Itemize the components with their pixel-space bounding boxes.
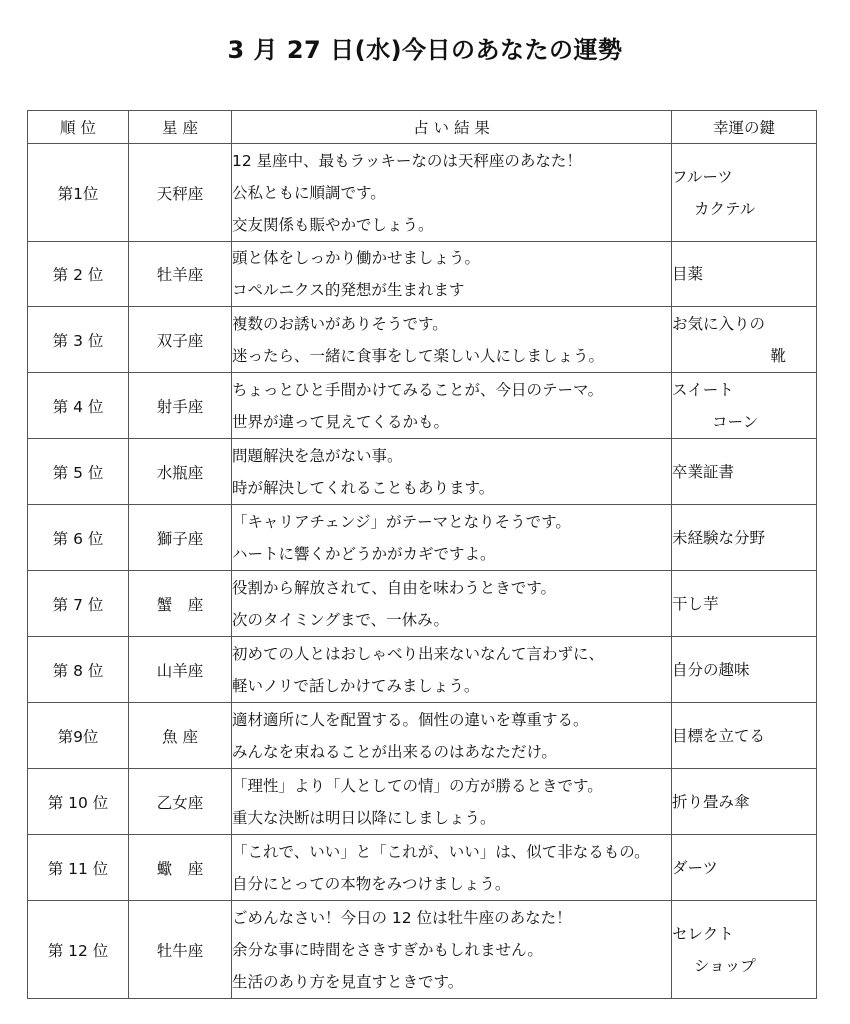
sign-cell: 水瓶座: [129, 439, 232, 505]
lucky-key-line: セレクト: [672, 918, 816, 950]
sign-cell: 蠍 座: [129, 835, 232, 901]
result-cell: 「キャリアチェンジ」がテーマとなりそうです。 ハートに響くかどうかがカギですよ。: [232, 505, 672, 571]
rank-cell: 第 4 位: [28, 373, 129, 439]
lucky-key-cell: 折り畳み傘: [672, 769, 817, 835]
result-cell: 「理性」より「人としての情」の方が勝るときです。 重大な決断は明日以降にしましょ…: [232, 769, 672, 835]
result-cell: 適材適所に人を配置する。個性の違いを尊重する。 みんなを束ねることが出来るのはあ…: [232, 703, 672, 769]
lucky-key-line: 卒業証書: [672, 456, 816, 488]
rank-cell: 第 8 位: [28, 637, 129, 703]
result-line: 「これで、いい」と「これが、いい」は、似て非なるもの。: [232, 836, 671, 868]
result-cell: 複数のお誘いがありそうです。 迷ったら、一緒に食事をして楽しい人にしましょう。: [232, 307, 672, 373]
table-row: 第 5 位 水瓶座 問題解決を急がない事。 時が解決してくれることもあります。 …: [28, 439, 817, 505]
table-row: 第 3 位 双子座 複数のお誘いがありそうです。 迷ったら、一緒に食事をして楽し…: [28, 307, 817, 373]
lucky-key-cell: 目薬: [672, 242, 817, 307]
result-line: ちょっとひと手間かけてみることが、今日のテーマ。: [232, 374, 671, 406]
result-cell: ちょっとひと手間かけてみることが、今日のテーマ。 世界が違って見えてくるかも。: [232, 373, 672, 439]
lucky-key-line: ダーツ: [672, 852, 816, 884]
lucky-key-line: スイート: [672, 374, 816, 406]
header-lucky-key: 幸運の鍵: [672, 111, 817, 144]
table-row: 第 10 位 乙女座 「理性」より「人としての情」の方が勝るときです。 重大な決…: [28, 769, 817, 835]
rank-cell: 第1位: [28, 144, 129, 242]
result-cell: 頭と体をしっかり働かせましょう。 コペルニクス的発想が生まれます: [232, 242, 672, 307]
result-line: 迷ったら、一緒に食事をして楽しい人にしましょう。: [232, 340, 671, 372]
lucky-key-line: 折り畳み傘: [672, 786, 816, 818]
rank-cell: 第 10 位: [28, 769, 129, 835]
table-row: 第 4 位 射手座 ちょっとひと手間かけてみることが、今日のテーマ。 世界が違っ…: [28, 373, 817, 439]
page-title: 3 月 27 日(水)今日のあなたの運勢: [0, 30, 850, 65]
rank-cell: 第9位: [28, 703, 129, 769]
sign-cell: 双子座: [129, 307, 232, 373]
result-line: 問題解決を急がない事。: [232, 440, 671, 472]
lucky-key-line: 靴: [672, 340, 816, 372]
result-line: 12 星座中、最もラッキーなのは天秤座のあなた！: [232, 145, 671, 177]
lucky-key-cell: 干し芋: [672, 571, 817, 637]
sign-cell: 蟹 座: [129, 571, 232, 637]
lucky-key-cell: フルーツ カクテル: [672, 144, 817, 242]
result-line: 生活のあり方を見直すときです。: [232, 966, 671, 998]
lucky-key-line: 目標を立てる: [672, 720, 816, 752]
result-line: 時が解決してくれることもあります。: [232, 472, 671, 504]
lucky-key-cell: ダーツ: [672, 835, 817, 901]
result-line: 公私ともに順調です。: [232, 177, 671, 209]
table-row: 第 8 位 山羊座 初めての人とはおしゃべり出来ないなんて言わずに、 軽いノリで…: [28, 637, 817, 703]
rank-cell: 第 11 位: [28, 835, 129, 901]
result-line: ごめんなさい！今日の 12 位は牡牛座のあなた！: [232, 902, 671, 934]
lucky-key-line: 未経験な分野: [672, 522, 816, 554]
lucky-key-cell: 自分の趣味: [672, 637, 817, 703]
result-cell: 初めての人とはおしゃべり出来ないなんて言わずに、 軽いノリで話しかけてみましょう…: [232, 637, 672, 703]
result-line: 軽いノリで話しかけてみましょう。: [232, 670, 671, 702]
result-line: みんなを束ねることが出来るのはあなただけ。: [232, 736, 671, 768]
rank-cell: 第 7 位: [28, 571, 129, 637]
fortune-table: 順 位 星 座 占 い 結 果 幸運の鍵 第1位 天秤座 12 星座中、最もラッ…: [27, 110, 817, 999]
sign-cell: 魚 座: [129, 703, 232, 769]
lucky-key-line: 目薬: [672, 258, 816, 290]
result-line: 自分にとっての本物をみつけましょう。: [232, 868, 671, 900]
result-cell: 「これで、いい」と「これが、いい」は、似て非なるもの。 自分にとっての本物をみつ…: [232, 835, 672, 901]
result-line: 次のタイミングまで、一休み。: [232, 604, 671, 636]
table-row: 第9位 魚 座 適材適所に人を配置する。個性の違いを尊重する。 みんなを束ねるこ…: [28, 703, 817, 769]
result-line: 複数のお誘いがありそうです。: [232, 308, 671, 340]
result-cell: ごめんなさい！今日の 12 位は牡牛座のあなた！ 余分な事に時間をさきすぎかもし…: [232, 901, 672, 999]
result-line: 交友関係も賑やかでしょう。: [232, 209, 671, 241]
lucky-key-cell: 目標を立てる: [672, 703, 817, 769]
result-line: 「理性」より「人としての情」の方が勝るときです。: [232, 770, 671, 802]
header-result: 占 い 結 果: [232, 111, 672, 144]
lucky-key-line: 干し芋: [672, 588, 816, 620]
sign-cell: 獅子座: [129, 505, 232, 571]
lucky-key-line: 自分の趣味: [672, 654, 816, 686]
lucky-key-line: カクテル: [672, 193, 816, 225]
result-line: 頭と体をしっかり働かせましょう。: [232, 242, 671, 274]
header-rank: 順 位: [28, 111, 129, 144]
lucky-key-cell: お気に入りの 靴: [672, 307, 817, 373]
table-row: 第 2 位 牡羊座 頭と体をしっかり働かせましょう。 コペルニクス的発想が生まれ…: [28, 242, 817, 307]
rank-cell: 第 12 位: [28, 901, 129, 999]
lucky-key-line: コーン: [672, 406, 816, 438]
rank-cell: 第 5 位: [28, 439, 129, 505]
table-header-row: 順 位 星 座 占 い 結 果 幸運の鍵: [28, 111, 817, 144]
rank-cell: 第 6 位: [28, 505, 129, 571]
lucky-key-cell: 未経験な分野: [672, 505, 817, 571]
result-line: 「キャリアチェンジ」がテーマとなりそうです。: [232, 506, 671, 538]
lucky-key-line: お気に入りの: [672, 308, 816, 340]
result-line: 余分な事に時間をさきすぎかもしれません。: [232, 934, 671, 966]
result-cell: 役割から解放されて、自由を味わうときです。 次のタイミングまで、一休み。: [232, 571, 672, 637]
lucky-key-line: フルーツ: [672, 161, 816, 193]
sign-cell: 山羊座: [129, 637, 232, 703]
result-line: 初めての人とはおしゃべり出来ないなんて言わずに、: [232, 638, 671, 670]
sign-cell: 射手座: [129, 373, 232, 439]
result-line: 世界が違って見えてくるかも。: [232, 406, 671, 438]
sign-cell: 乙女座: [129, 769, 232, 835]
lucky-key-line: ショップ: [672, 950, 816, 982]
table-row: 第1位 天秤座 12 星座中、最もラッキーなのは天秤座のあなた！ 公私ともに順調…: [28, 144, 817, 242]
result-cell: 12 星座中、最もラッキーなのは天秤座のあなた！ 公私ともに順調です。 交友関係…: [232, 144, 672, 242]
lucky-key-cell: セレクト ショップ: [672, 901, 817, 999]
result-line: 重大な決断は明日以降にしましょう。: [232, 802, 671, 834]
rank-cell: 第 3 位: [28, 307, 129, 373]
result-cell: 問題解決を急がない事。 時が解決してくれることもあります。: [232, 439, 672, 505]
lucky-key-cell: 卒業証書: [672, 439, 817, 505]
header-sign: 星 座: [129, 111, 232, 144]
result-line: 役割から解放されて、自由を味わうときです。: [232, 572, 671, 604]
result-line: コペルニクス的発想が生まれます: [232, 274, 671, 306]
table-row: 第 7 位 蟹 座 役割から解放されて、自由を味わうときです。 次のタイミングま…: [28, 571, 817, 637]
sign-cell: 牡羊座: [129, 242, 232, 307]
table-row: 第 12 位 牡牛座 ごめんなさい！今日の 12 位は牡牛座のあなた！ 余分な事…: [28, 901, 817, 999]
table-row: 第 6 位 獅子座 「キャリアチェンジ」がテーマとなりそうです。 ハートに響くか…: [28, 505, 817, 571]
sign-cell: 天秤座: [129, 144, 232, 242]
sign-cell: 牡牛座: [129, 901, 232, 999]
result-line: 適材適所に人を配置する。個性の違いを尊重する。: [232, 704, 671, 736]
rank-cell: 第 2 位: [28, 242, 129, 307]
table-row: 第 11 位 蠍 座 「これで、いい」と「これが、いい」は、似て非なるもの。 自…: [28, 835, 817, 901]
lucky-key-cell: スイート コーン: [672, 373, 817, 439]
result-line: ハートに響くかどうかがカギですよ。: [232, 538, 671, 570]
